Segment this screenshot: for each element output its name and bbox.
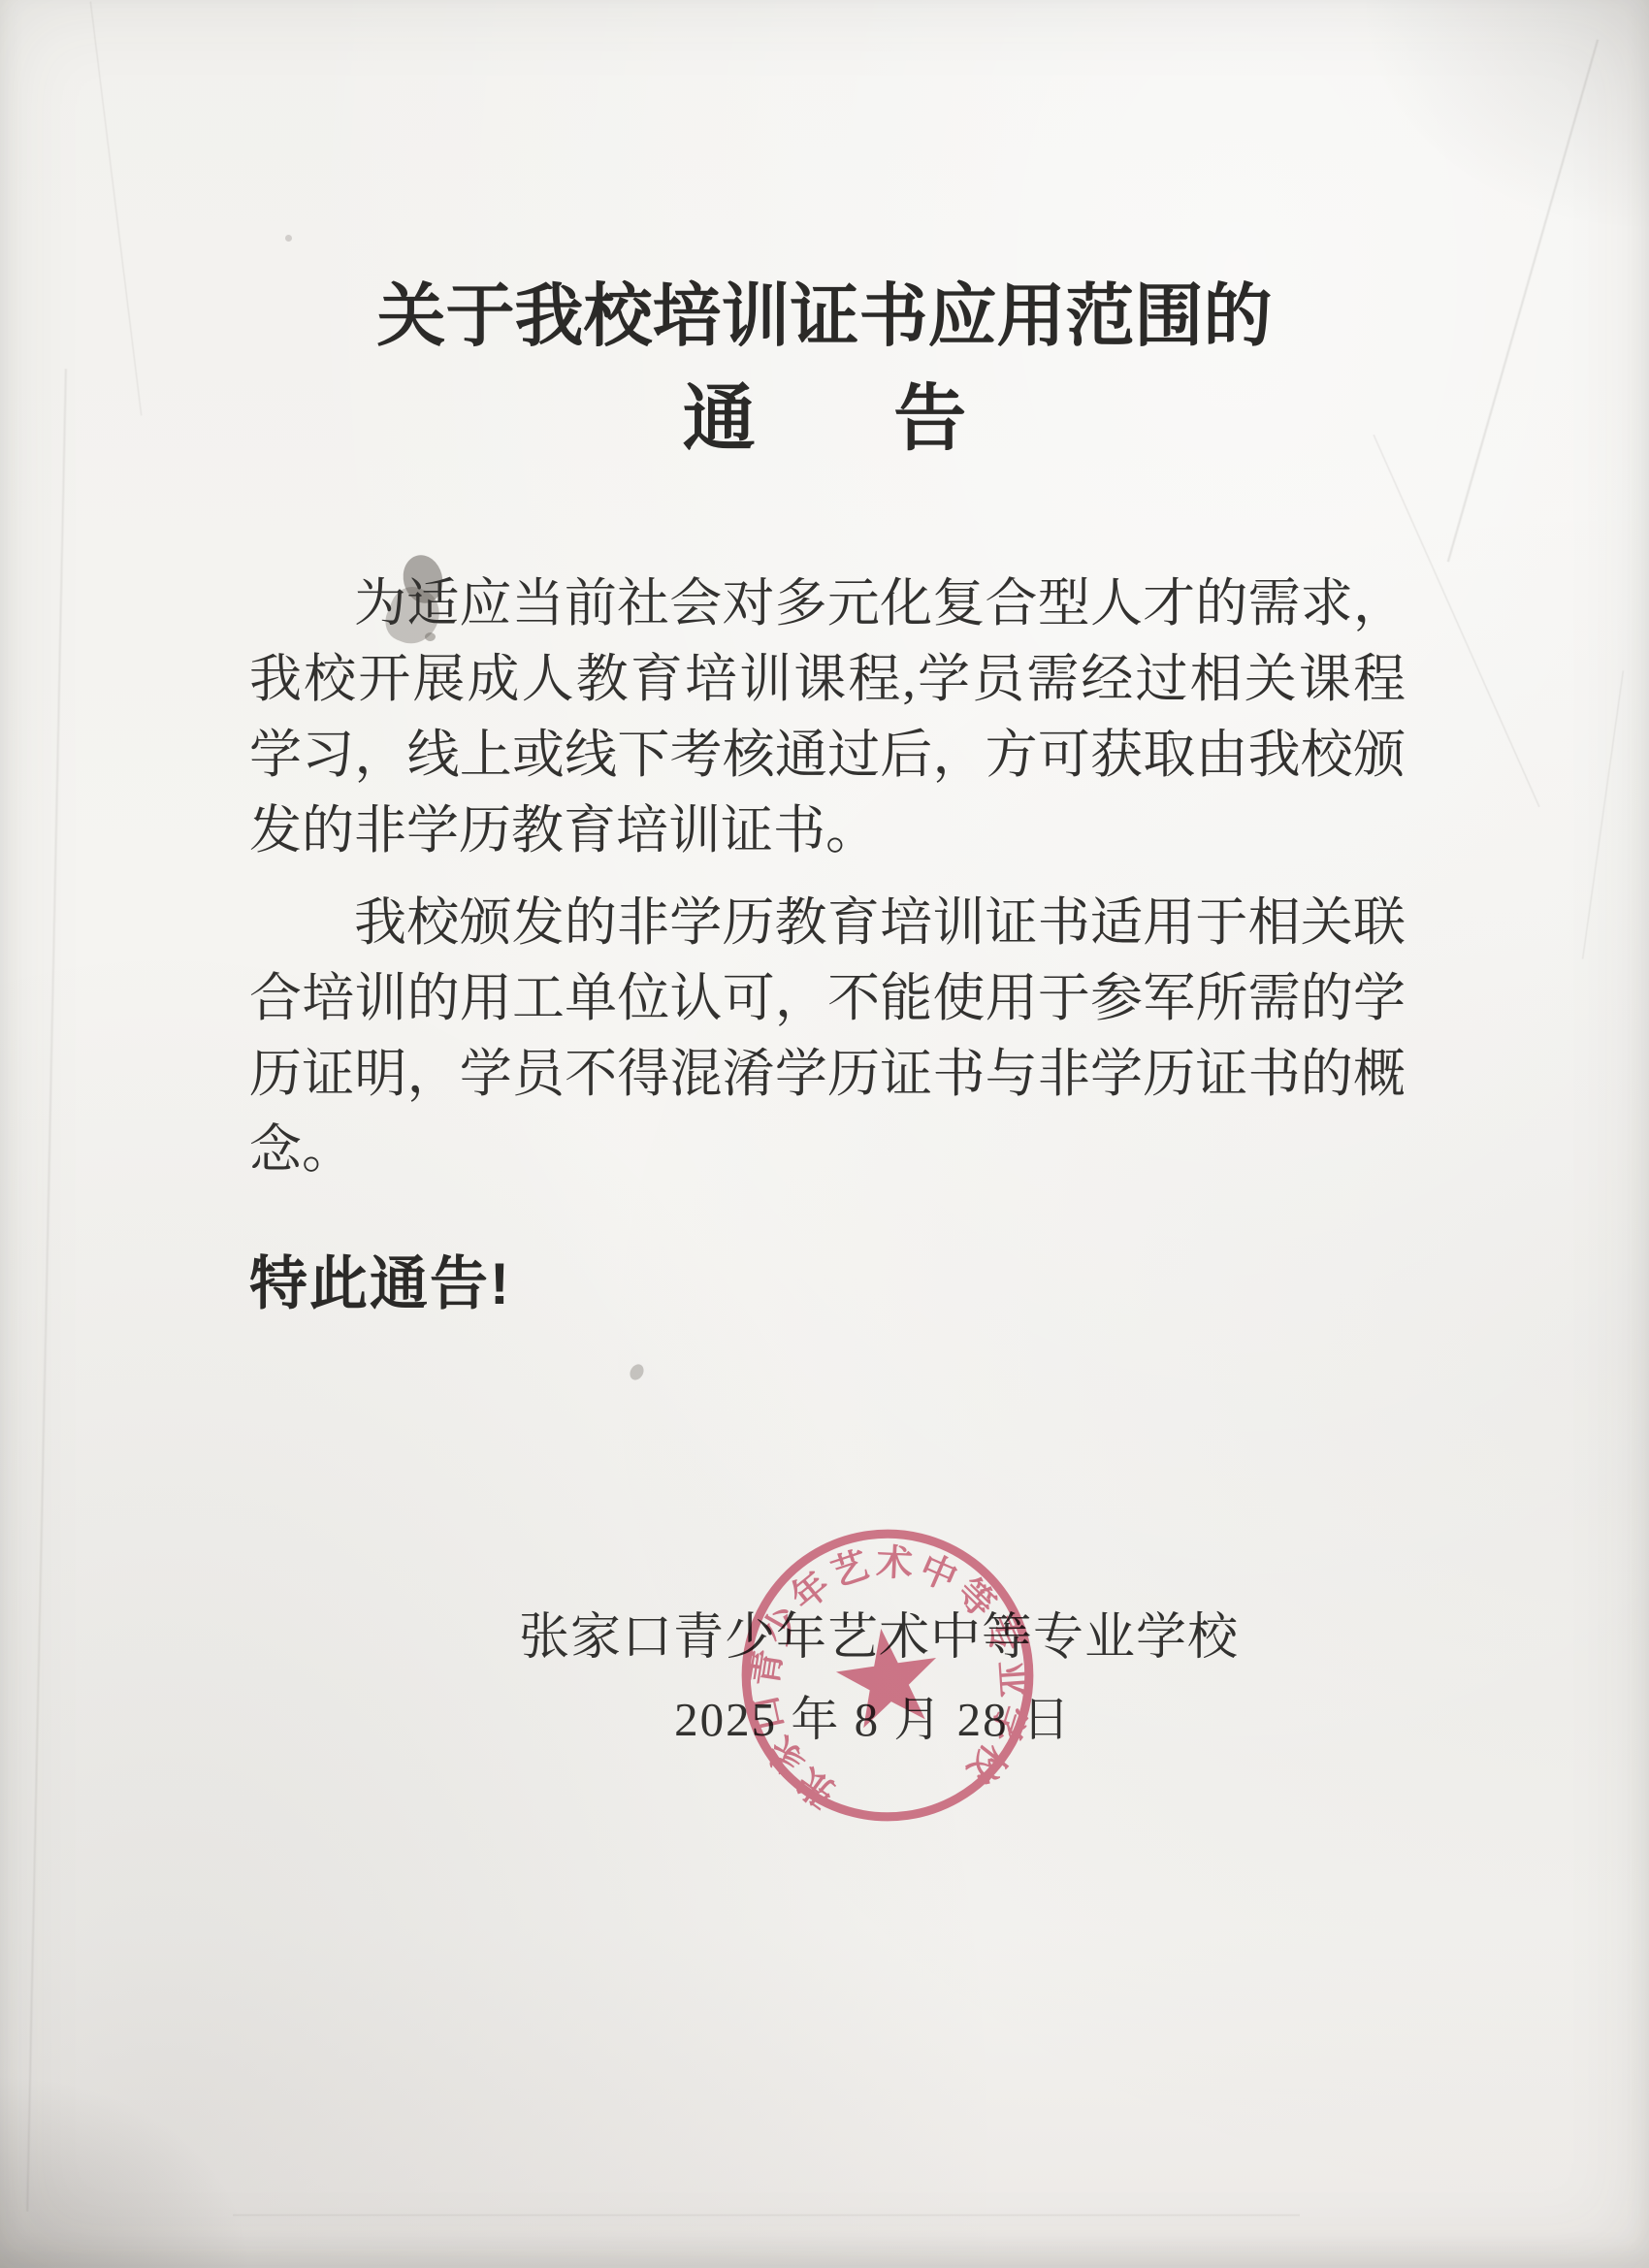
scanned-notice-page: 关于我校培训证书应用范围的 通 告 为适应当前社会对多元化复合型人才的需求，我校… (0, 0, 1649, 2268)
notice-title-line2: 通 告 (0, 380, 1649, 461)
notice-body: 为适应当前社会对多元化复合型人才的需求，我校开展成人教育培训课程,学员需经过相关… (249, 566, 1406, 1204)
seal-graphic: 张家口青少年艺术中等专业学校 (730, 1518, 1045, 1832)
scan-shadow (1358, 0, 1649, 233)
svg-text:艺: 艺 (826, 1543, 874, 1594)
scan-shadow (0, 2074, 252, 2268)
paper-crease (25, 369, 68, 2212)
svg-text:术: 术 (876, 1541, 915, 1584)
paragraph-2: 我校颁发的非学历教育培训证书适用于相关联合培训的用工单位认可，不能使用于参军所需… (249, 885, 1406, 1187)
ink-smudge (285, 235, 292, 242)
paper-crease (233, 2214, 1300, 2217)
svg-text:家: 家 (758, 1729, 812, 1781)
svg-text:业: 业 (992, 1659, 1035, 1699)
svg-text:青: 青 (743, 1647, 789, 1689)
official-seal-stamp: 张家口青少年艺术中等专业学校 (730, 1518, 1045, 1832)
closing-statement: 特此通告! (249, 1238, 511, 1321)
ink-smudge (628, 1362, 647, 1382)
notice-title-line1: 关于我校培训证书应用范围的 (0, 279, 1649, 355)
star-icon (831, 1622, 945, 1731)
paper-crease (1581, 670, 1625, 958)
paragraph-1: 为适应当前社会对多元化复合型人才的需求，我校开展成人教育培训课程,学员需经过相关… (249, 566, 1406, 868)
